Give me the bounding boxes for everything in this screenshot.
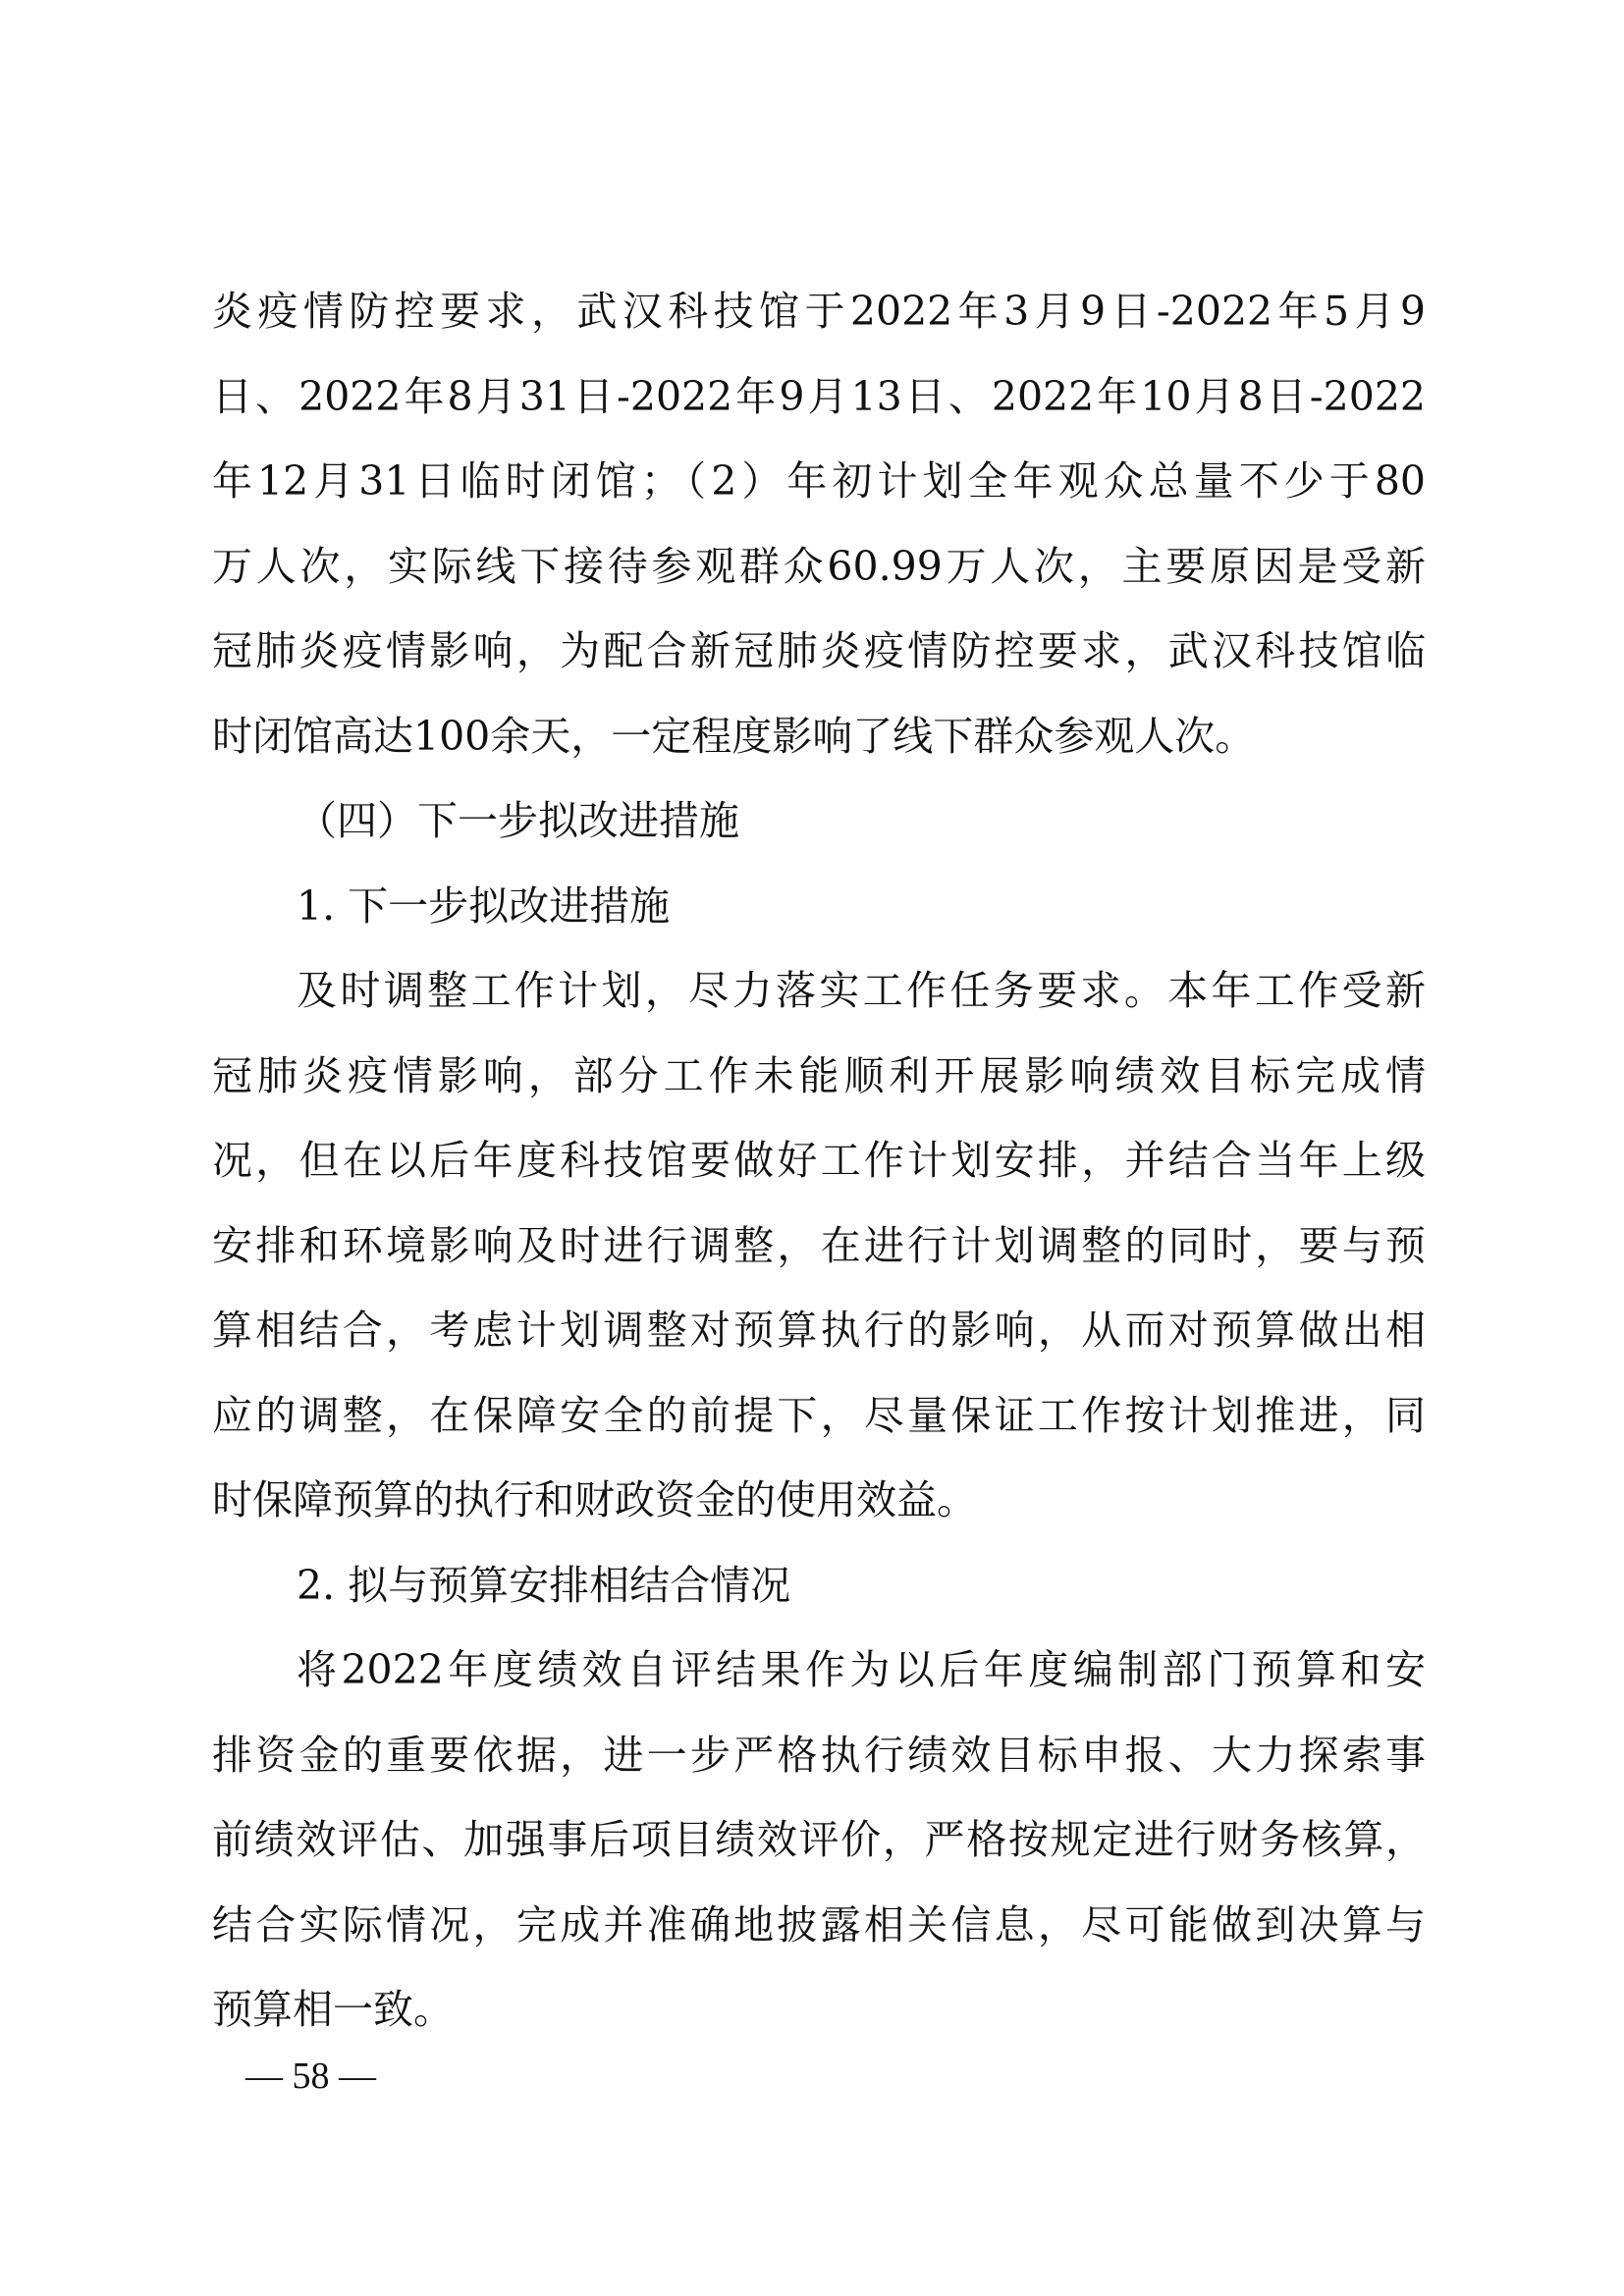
text-line: 况，但在以后年度科技馆要做好工作计划安排，并结合当年上级 — [212, 1126, 1426, 1211]
text-line: 冠肺炎疫情影响，部分工作未能顺利开展影响绩效目标完成情 — [212, 1041, 1426, 1127]
text-line: 应的调整，在保障安全的前提下，尽量保证工作按计划推进，同 — [212, 1381, 1426, 1467]
text-line: 时保障预算的执行和财政资金的使用效益。 — [212, 1466, 1426, 1551]
section-heading: （四）下一步拟改进措施 — [212, 786, 1426, 872]
text-line: 时闭馆高达100余天，一定程度影响了线下群众参观人次。 — [212, 702, 1426, 787]
document-body: 炎疫情防控要求，武汉科技馆于2022年3月9日-2022年5月9 日、2022年… — [212, 277, 1426, 2060]
subsection-heading: 1. 下一步拟改进措施 — [212, 872, 1426, 957]
text-line: 排资金的重要依据，进一步严格执行绩效目标申报、大力探索事 — [212, 1721, 1426, 1806]
text-line: 预算相一致。 — [212, 1975, 1426, 2060]
text-line: 炎疫情防控要求，武汉科技馆于2022年3月9日-2022年5月9 — [212, 277, 1426, 362]
subsection-heading: 2. 拟与预算安排相结合情况 — [212, 1551, 1426, 1636]
page-number: — 58 — — [245, 2055, 376, 2098]
text-line: 万人次，实际线下接待参观群众60.99万人次，主要原因是受新 — [212, 532, 1426, 617]
text-line: 及时调整工作计划，尽力落实工作任务要求。本年工作受新 — [212, 956, 1426, 1041]
text-line: 安排和环境影响及时进行调整，在进行计划调整的同时，要与预 — [212, 1211, 1426, 1297]
text-line: 结合实际情况，完成并准确地披露相关信息，尽可能做到决算与 — [212, 1891, 1426, 1976]
text-line: 算相结合，考虑计划调整对预算执行的影响，从而对预算做出相 — [212, 1296, 1426, 1381]
text-line: 日、2022年8月31日-2022年9月13日、2022年10月8日-2022 — [212, 362, 1426, 448]
text-line: 前绩效评估、加强事后项目绩效评价，严格按规定进行财务核算， — [212, 1805, 1426, 1891]
text-line: 年12月31日临时闭馆；（2）年初计划全年观众总量不少于80 — [212, 447, 1426, 532]
text-line: 将2022年度绩效自评结果作为以后年度编制部门预算和安 — [212, 1635, 1426, 1721]
text-line: 冠肺炎疫情影响，为配合新冠肺炎疫情防控要求，武汉科技馆临 — [212, 616, 1426, 702]
